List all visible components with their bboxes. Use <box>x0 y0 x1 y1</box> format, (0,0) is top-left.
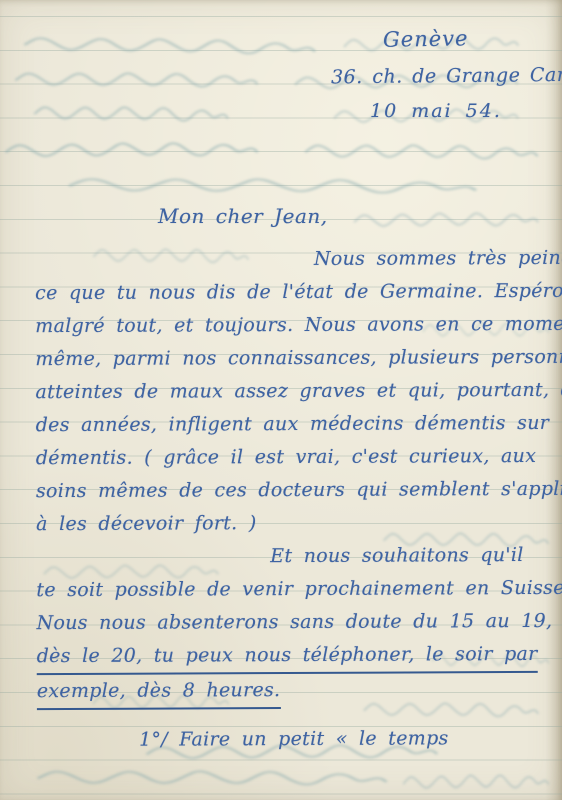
bleed-through-mark <box>0 139 260 161</box>
bleed-through-mark <box>30 767 390 789</box>
letter-line: 1°/ Faire un petit « le temps <box>37 722 549 757</box>
letter-line: même, parmi nos connaissances, plusieurs… <box>35 341 547 376</box>
letter-line: démentis. ( grâce il est vrai, c'est cur… <box>36 440 548 475</box>
bleed-through-mark <box>30 103 230 126</box>
letter-salutation: Mon cher Jean, <box>158 204 328 228</box>
bleed-through-mark <box>10 69 260 91</box>
letter-line: Nous nous absenterons sans doute du 15 a… <box>36 605 548 640</box>
letter-line: Et nous souhaitons qu'il <box>36 539 548 574</box>
letter-line: te soit possible de venir prochainement … <box>36 572 548 607</box>
bleed-through-mark <box>18 33 318 58</box>
letter-line: Nous sommes très peinés de <box>35 242 547 277</box>
bleed-through-mark <box>60 175 480 198</box>
letter-city: Genève <box>383 26 469 51</box>
letter-line: ce que tu nous dis de l'état de Germaine… <box>35 275 547 310</box>
letter-line: dès le 20, tu peux nous téléphoner, le s… <box>37 638 549 675</box>
letter-line: atteintes de maux assez graves et qui, p… <box>35 374 547 409</box>
letter-body: Nous sommes très peinés dece que tu nous… <box>35 242 549 757</box>
letter-date: 10 mai 54. <box>370 100 502 122</box>
bleed-through-mark <box>350 209 540 231</box>
bleed-through-mark <box>400 771 550 792</box>
letter-line: à les décevoir fort. ) <box>36 506 548 541</box>
letter-line: soins mêmes de ces docteurs qui semblent… <box>36 473 548 508</box>
letter-line: malgré tout, et toujours. Nous avons en … <box>35 308 547 343</box>
letter-line: exemple, dès 8 heures. <box>37 673 549 710</box>
bleed-through-mark <box>300 141 540 164</box>
letter-address: 36. ch. de Grange Canal <box>331 64 562 89</box>
letter-line: des années, infligent aux médecins démen… <box>36 407 548 442</box>
letter-page: Genève 36. ch. de Grange Canal 10 mai 54… <box>0 0 562 800</box>
